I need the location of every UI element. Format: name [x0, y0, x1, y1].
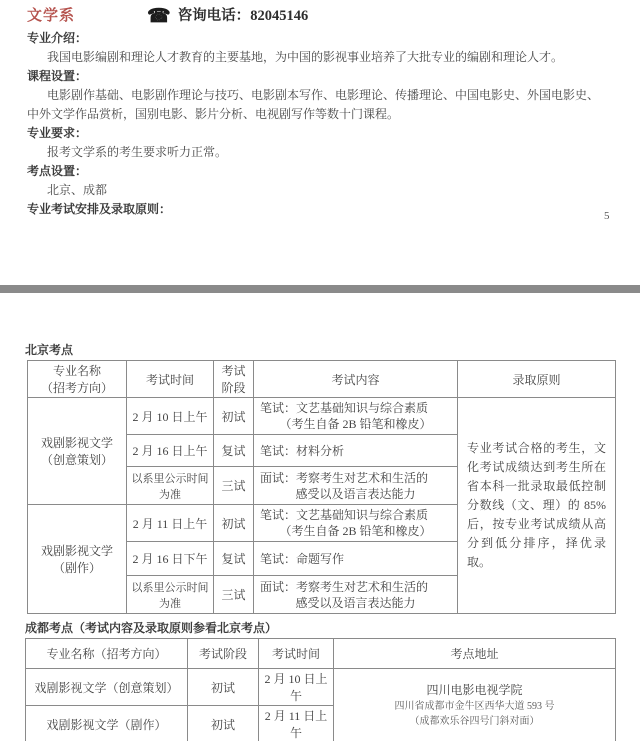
phone-info: ☎ 咨询电话： 82045146 [147, 7, 308, 26]
content-line: 笔试：文艺基础知识与综合素质 [260, 400, 451, 416]
page-number: 5 [604, 210, 610, 222]
stage-cell: 复试 [214, 435, 254, 467]
admission-policy-cell: 专业考试合格的考生，文化考试成绩达到考生所在省本科一批录取最低控制分数线（文、理… [458, 398, 616, 614]
stage-cell: 初试 [188, 706, 259, 741]
time-cell: 2 月 11 日上午 [127, 505, 214, 542]
major-cell: 戏剧影视文学（创意策划） [26, 669, 188, 706]
content-line: 笔试：材料分析 [260, 443, 451, 459]
section-heading-exam-arrangement: 专业考试安排及录取原则： [27, 200, 622, 219]
stage-cell: 初试 [214, 505, 254, 542]
content-cell: 笔试：文艺基础知识与综合素质 （考生自备 2B 铅笔和橡皮） [254, 398, 458, 435]
requirements-paragraph: 报考文学系的考生要求听力正常。 [27, 143, 622, 162]
col-header-exam-time: 考试时间 [127, 361, 214, 398]
stage-cell: 复试 [214, 542, 254, 576]
content-line: 笔试：命题写作 [260, 551, 451, 567]
stage-cell: 初试 [214, 398, 254, 435]
address-cell: 四川电影电视学院 四川省成都市金牛区西华大道 593 号 （成都欢乐谷四号门斜对… [334, 669, 616, 741]
time-cell: 2 月 11 日上午 [259, 706, 334, 741]
phone-number: 82045146 [250, 7, 308, 26]
department-info-block: 文学系 ☎ 咨询电话： 82045146 专业介绍： 我国电影编剧和理论人才教育… [27, 4, 622, 219]
stage-cell: 初试 [188, 669, 259, 706]
col-header-exam-stage: 考试阶段 [188, 639, 259, 669]
major-cell: 戏剧影视文学 （剧作） [28, 505, 127, 614]
time-cell: 2 月 16 日上午 [127, 435, 214, 467]
chengdu-table-header-row: 专业名称（招考方向） 考试阶段 考试时间 考点地址 [26, 639, 616, 669]
time-cell: 以系里公示时间 为准 [127, 576, 214, 614]
telephone-icon: ☎ [147, 7, 171, 26]
intro-paragraph: 我国电影编剧和理论人才教育的主要基地，为中国的影视事业培养了大批专业的编剧和理论… [27, 48, 622, 67]
beijing-exam-table: 专业名称 （招考方向） 考试时间 考试 阶段 考试内容 录取原则 戏剧影视文学 … [27, 360, 616, 614]
col-header-site-address: 考点地址 [334, 639, 616, 669]
phone-label: 咨询电话： [178, 7, 251, 26]
col-header-major: 专业名称（招考方向） [26, 639, 188, 669]
content-line: 面试：考察考生对艺术和生活的 [260, 470, 451, 486]
col-header-exam-stage: 考试 阶段 [214, 361, 254, 398]
beijing-table-header-row: 专业名称 （招考方向） 考试时间 考试 阶段 考试内容 录取原则 [28, 361, 616, 398]
table-row: 戏剧影视文学（创意策划） 初试 2 月 10 日上午 四川电影电视学院 四川省成… [26, 669, 616, 706]
chengdu-exam-table: 专业名称（招考方向） 考试阶段 考试时间 考点地址 戏剧影视文学（创意策划） 初… [25, 638, 616, 741]
major-cell: 戏剧影视文学（剧作） [26, 706, 188, 741]
time-cell: 2 月 10 日上午 [259, 669, 334, 706]
content-line: （考生自备 2B 铅笔和橡皮） [260, 416, 451, 432]
chengdu-site-label: 成都考点（考试内容及录取原则参看北京考点） [25, 619, 277, 636]
content-line: 笔试：文艺基础知识与综合素质 [260, 507, 451, 523]
address-line: （成都欢乐谷四号门斜对面） [337, 714, 612, 729]
beijing-site-label: 北京考点 [25, 341, 73, 358]
exam-sites-paragraph: 北京、成都 [27, 181, 622, 200]
time-cell: 2 月 10 日上午 [127, 398, 214, 435]
table-row: 戏剧影视文学 （创意策划） 2 月 10 日上午 初试 笔试：文艺基础知识与综合… [28, 398, 616, 435]
content-line: 感受以及语言表达能力 [260, 486, 451, 502]
section-heading-courses: 课程设置： [27, 67, 622, 86]
time-cell: 以系里公示时间 为准 [127, 467, 214, 505]
major-cell: 戏剧影视文学 （创意策划） [28, 398, 127, 505]
content-line: （考生自备 2B 铅笔和橡皮） [260, 523, 451, 539]
courses-line-1: 电影剧作基础、电影剧作理论与技巧、电影剧本写作、电影理论、传播理论、中国电影史、… [27, 86, 622, 105]
content-cell: 笔试：命题写作 [254, 542, 458, 576]
content-line: 感受以及语言表达能力 [260, 595, 451, 611]
content-cell: 面试：考察考生对艺术和生活的 感受以及语言表达能力 [254, 467, 458, 505]
col-header-admission-policy: 录取原则 [458, 361, 616, 398]
stage-cell: 三试 [214, 576, 254, 614]
address-line: 四川电影电视学院 [337, 682, 612, 699]
title-row: 文学系 ☎ 咨询电话： 82045146 [27, 4, 622, 29]
col-header-major: 专业名称 （招考方向） [28, 361, 127, 398]
department-title: 文学系 [27, 7, 75, 26]
section-heading-requirements: 专业要求： [27, 124, 622, 143]
section-heading-exam-sites: 考点设置： [27, 162, 622, 181]
courses-line-2: 中外文学作品赏析，国别电影、影片分析、电视剧写作等数十门课程。 [27, 105, 622, 124]
col-header-exam-content: 考试内容 [254, 361, 458, 398]
content-cell: 笔试：文艺基础知识与综合素质 （考生自备 2B 铅笔和橡皮） [254, 505, 458, 542]
content-cell: 面试：考察考生对艺术和生活的 感受以及语言表达能力 [254, 576, 458, 614]
col-header-exam-time: 考试时间 [259, 639, 334, 669]
page-divider-bar [0, 285, 640, 293]
time-cell: 2 月 16 日下午 [127, 542, 214, 576]
stage-cell: 三试 [214, 467, 254, 505]
document-page: 文学系 ☎ 咨询电话： 82045146 专业介绍： 我国电影编剧和理论人才教育… [0, 0, 640, 741]
section-heading-intro: 专业介绍： [27, 29, 622, 48]
address-line: 四川省成都市金牛区西华大道 593 号 [337, 699, 612, 714]
content-cell: 笔试：材料分析 [254, 435, 458, 467]
content-line: 面试：考察考生对艺术和生活的 [260, 579, 451, 595]
